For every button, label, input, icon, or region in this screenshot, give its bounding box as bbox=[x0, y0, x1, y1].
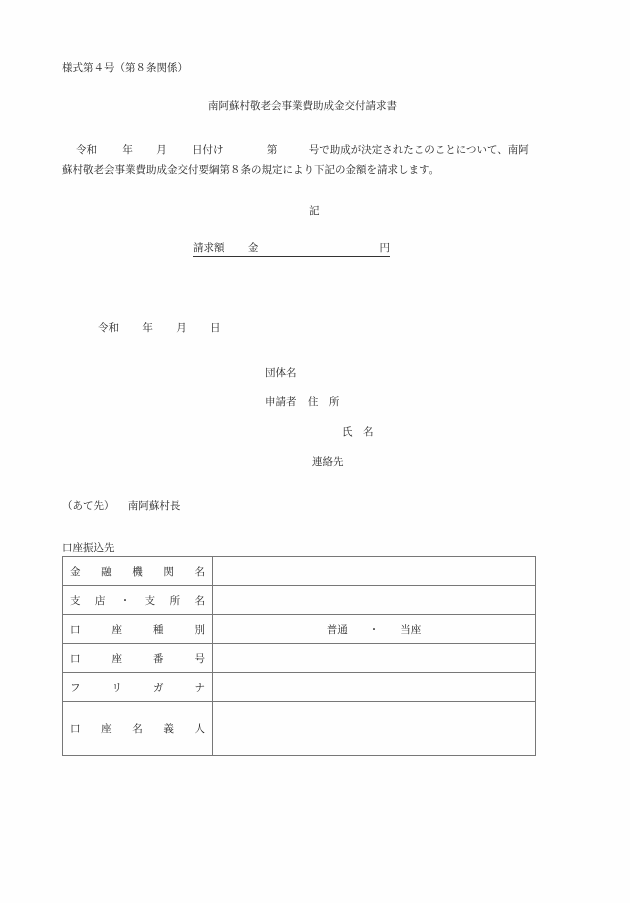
table-row: フリガナ bbox=[63, 673, 536, 702]
label-char: 名 bbox=[195, 564, 206, 579]
table-row: 金融機関名 bbox=[63, 557, 536, 586]
row-label: 口座番号 bbox=[63, 644, 213, 673]
label-char: 支 bbox=[70, 593, 81, 608]
reiwa-text: 令和 bbox=[76, 144, 97, 156]
label-char: 店 bbox=[95, 593, 106, 608]
applicant-label: 申請者 住 所 bbox=[265, 394, 339, 409]
label-char: 種 bbox=[153, 622, 164, 637]
addressee-value: 南阿蘇村長 bbox=[128, 500, 181, 512]
account-type-field[interactable]: 普通 ・ 当座 bbox=[213, 615, 536, 644]
kin-label: 金 bbox=[248, 242, 259, 254]
address-label: 住 所 bbox=[308, 396, 340, 408]
row-label: フリガナ bbox=[63, 673, 213, 702]
month-text: 月 bbox=[176, 322, 187, 334]
applicant-text: 申請者 bbox=[265, 396, 297, 408]
bank-name-field[interactable] bbox=[213, 557, 536, 586]
group-name-label: 団体名 bbox=[265, 365, 297, 380]
document-title: 南阿蘇村敬老会事業費助成金交付請求書 bbox=[208, 98, 397, 113]
label-char: 金 bbox=[70, 564, 81, 579]
label-char: 別 bbox=[195, 622, 206, 637]
label-char: 名 bbox=[194, 593, 205, 608]
body-line-2: 蘇村敬老会事業費助成金交付要綱第８条の規定により下記の金額を請求します。 bbox=[62, 162, 439, 177]
number-prefix-text: 第 bbox=[267, 144, 278, 156]
form-number: 様式第４号（第８条関係） bbox=[62, 60, 188, 75]
claim-label: 請求額 bbox=[193, 242, 225, 254]
table-row: 口座番号 bbox=[63, 644, 536, 673]
day-text: 日 bbox=[210, 322, 221, 334]
reiwa-text: 令和 bbox=[98, 322, 119, 334]
label-char: 支 bbox=[145, 593, 156, 608]
row-label: 口座名義人 bbox=[63, 702, 213, 756]
label-char: ・ bbox=[120, 593, 131, 608]
label-char: ナ bbox=[195, 680, 206, 695]
row-label: 支店・支所名 bbox=[63, 586, 213, 615]
label-char: 関 bbox=[163, 564, 174, 579]
month-text: 月 bbox=[156, 144, 167, 156]
name-label: 氏 名 bbox=[342, 424, 374, 439]
label-char: 義 bbox=[163, 721, 174, 736]
account-number-field[interactable] bbox=[213, 644, 536, 673]
table-row: 口座名義人 bbox=[63, 702, 536, 756]
label-char: 機 bbox=[132, 564, 143, 579]
number-suffix-text: 号で助成が決定されたこのことについて、南阿 bbox=[309, 144, 529, 156]
year-text: 年 bbox=[142, 322, 153, 334]
furigana-field[interactable] bbox=[213, 673, 536, 702]
label-char: 所 bbox=[170, 593, 181, 608]
claim-amount-line: 請求額 金 円 bbox=[193, 240, 390, 257]
addressee: （あて先） 南阿蘇村長 bbox=[62, 498, 180, 513]
label-char: フ bbox=[70, 680, 81, 695]
table-row: 口座種別 普通 ・ 当座 bbox=[63, 615, 536, 644]
bank-section-title: 口座振込先 bbox=[62, 540, 115, 555]
day-text: 日付け bbox=[192, 144, 224, 156]
branch-name-field[interactable] bbox=[213, 586, 536, 615]
label-char: 口 bbox=[70, 622, 81, 637]
label-char: 座 bbox=[112, 651, 123, 666]
contact-label: 連絡先 bbox=[312, 454, 344, 469]
label-char: 口 bbox=[70, 721, 81, 736]
label-char: 座 bbox=[101, 721, 112, 736]
body-line-1: 令和 年 月 日付け 第 号で助成が決定されたこのことについて、南阿 bbox=[76, 142, 529, 157]
bank-account-table: 金融機関名 支店・支所名 口座種別 普通 ・ 当座 口座番号 フリガナ 口座名義… bbox=[62, 556, 536, 756]
date-line: 令和 年 月 日 bbox=[98, 320, 221, 335]
year-text: 年 bbox=[122, 144, 133, 156]
yen-label: 円 bbox=[380, 240, 391, 255]
row-label: 金融機関名 bbox=[63, 557, 213, 586]
table-row: 支店・支所名 bbox=[63, 586, 536, 615]
label-char: 口 bbox=[70, 651, 81, 666]
label-char: 人 bbox=[195, 721, 206, 736]
label-char: 号 bbox=[195, 651, 206, 666]
label-char: ガ bbox=[153, 680, 164, 695]
label-char: 座 bbox=[112, 622, 123, 637]
label-char: 番 bbox=[153, 651, 164, 666]
label-char: 融 bbox=[101, 564, 112, 579]
label-char: リ bbox=[112, 680, 123, 695]
addressee-label: （あて先） bbox=[62, 500, 115, 512]
row-label: 口座種別 bbox=[63, 615, 213, 644]
ki-heading: 記 bbox=[309, 203, 320, 218]
label-char: 名 bbox=[132, 721, 143, 736]
account-holder-field[interactable] bbox=[213, 702, 536, 756]
